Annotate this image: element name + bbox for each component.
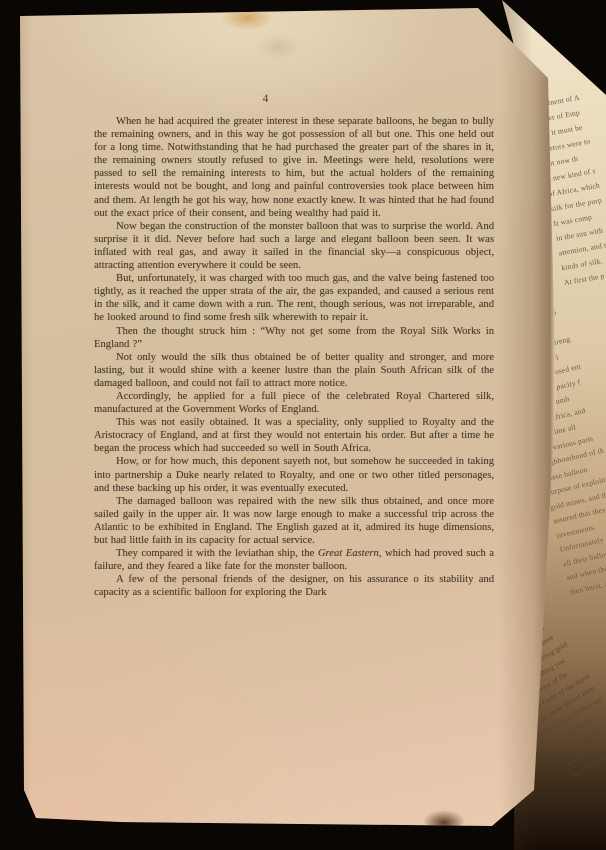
- paragraph-text: But, unfortunately, it was charged with …: [94, 273, 494, 323]
- book-page: 4 When he had acquired the greater inter…: [16, 6, 558, 832]
- paragraph-text: Now began the construction of the monste…: [94, 221, 494, 271]
- paragraph: A few of the personal friends of the des…: [94, 573, 494, 599]
- stain-mark: [220, 9, 274, 31]
- paragraph-text: When he had acquired the greater interes…: [94, 116, 494, 219]
- paragraph: How, or for how much, this deponent saye…: [94, 455, 494, 494]
- ship-name-italic: Great Eastern,: [318, 548, 382, 559]
- paragraph-text: How, or for how much, this deponent saye…: [94, 456, 494, 493]
- paragraph: Now began the construction of the monste…: [94, 220, 494, 272]
- paragraph-text: A few of the personal friends of the des…: [94, 574, 494, 598]
- paragraph: Accordingly, he applied for a full piece…: [94, 390, 494, 416]
- book-photo: Continent of Acareer of Empand it must b…: [0, 0, 606, 850]
- paragraph-text: This was not easily obtained. It was a s…: [94, 417, 494, 454]
- paragraph-text: Accordingly, he applied for a full piece…: [94, 391, 494, 415]
- page-number: 4: [250, 93, 282, 105]
- paragraph-text: They compared it with the leviathan ship…: [116, 548, 318, 559]
- paragraph-text: Not only would the silk thus obtained be…: [94, 352, 494, 389]
- paragraph: They compared it with the leviathan ship…: [94, 547, 494, 573]
- paragraph: Then the thought struck him : “Why not g…: [94, 325, 494, 351]
- paragraph-text: Then the thought struck him : “Why not g…: [94, 326, 494, 350]
- paragraph: When he had acquired the greater interes…: [94, 115, 494, 220]
- paragraph: Not only would the silk thus obtained be…: [94, 351, 494, 390]
- paragraph: This was not easily obtained. It was a s…: [94, 416, 494, 455]
- paragraph: But, unfortunately, it was charged with …: [94, 272, 494, 324]
- paragraph-text: The damaged balloon was repaired with th…: [94, 496, 494, 546]
- paragraph: The damaged balloon was repaired with th…: [94, 495, 494, 547]
- page-body-text: When he had acquired the greater interes…: [94, 115, 494, 599]
- stain-mark: [422, 810, 466, 828]
- stain-mark: [256, 34, 300, 60]
